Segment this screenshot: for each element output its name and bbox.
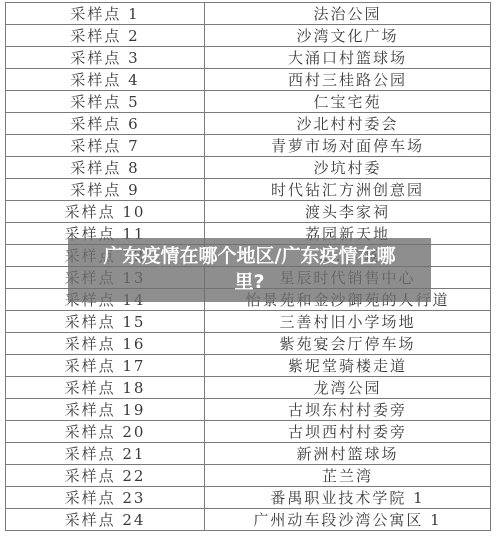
table-row: 采样点 2沙湾文化广场 xyxy=(6,25,491,47)
sample-id-cell: 采样点 6 xyxy=(6,113,205,135)
location-cell: 新洲村篮球场 xyxy=(205,443,491,465)
location-cell: 番禺职业技术学院 1 xyxy=(205,487,491,509)
location-cell: 沙坑村委 xyxy=(205,157,491,179)
overlay-title-line-2: 里? xyxy=(68,269,431,295)
location-cell: 大涌口村篮球场 xyxy=(205,47,491,69)
table-row: 采样点 3大涌口村篮球场 xyxy=(6,47,491,69)
table-row: 采样点 15三善村旧小学场地 xyxy=(6,311,491,333)
location-cell: 仁宝宅苑 xyxy=(205,91,491,113)
table-row: 采样点 5仁宝宅苑 xyxy=(6,91,491,113)
sample-id-cell: 采样点 19 xyxy=(6,399,205,421)
overlay-title-line-1: 广东疫情在哪个地区/广东疫情在哪 xyxy=(68,243,431,269)
table-row: 采样点 10渡头李家祠 xyxy=(6,201,491,223)
sample-id-cell: 采样点 17 xyxy=(6,355,205,377)
sample-id-cell: 采样点 16 xyxy=(6,333,205,355)
location-cell: 古坝西村村委旁 xyxy=(205,421,491,443)
table-row: 采样点 6沙北村村委会 xyxy=(6,113,491,135)
sample-id-cell: 采样点 24 xyxy=(6,509,205,531)
sample-id-cell: 采样点 23 xyxy=(6,487,205,509)
sample-id-cell: 采样点 3 xyxy=(6,47,205,69)
sample-id-cell: 采样点 7 xyxy=(6,135,205,157)
sample-id-cell: 采样点 22 xyxy=(6,465,205,487)
location-cell: 青萝市场对面停车场 xyxy=(205,135,491,157)
table-row: 采样点 22芷兰湾 xyxy=(6,465,491,487)
table-row: 采样点 17紫坭堂骑楼走道 xyxy=(6,355,491,377)
location-cell: 芷兰湾 xyxy=(205,465,491,487)
sample-id-cell: 采样点 9 xyxy=(6,179,205,201)
table-row: 采样点 21新洲村篮球场 xyxy=(6,443,491,465)
table-row: 采样点 24广州动车段沙湾公寓区 1 xyxy=(6,509,491,531)
sample-id-cell: 采样点 8 xyxy=(6,157,205,179)
location-cell: 时代钻汇方洲创意园 xyxy=(205,179,491,201)
table-row: 采样点 8沙坑村委 xyxy=(6,157,491,179)
table-row: 采样点 19古坝东村村委旁 xyxy=(6,399,491,421)
location-cell: 古坝东村村委旁 xyxy=(205,399,491,421)
sample-id-cell: 采样点 18 xyxy=(6,377,205,399)
sample-id-cell: 采样点 15 xyxy=(6,311,205,333)
location-cell: 沙湾文化广场 xyxy=(205,25,491,47)
sample-id-cell: 采样点 5 xyxy=(6,91,205,113)
table-row: 采样点 1法治公园 xyxy=(6,3,491,25)
sample-id-cell: 采样点 10 xyxy=(6,201,205,223)
table-row: 采样点 16紫苑宴会厅停车场 xyxy=(6,333,491,355)
location-cell: 西村三桂路公园 xyxy=(205,69,491,91)
sample-id-cell: 采样点 21 xyxy=(6,443,205,465)
location-cell: 紫坭堂骑楼走道 xyxy=(205,355,491,377)
table-row: 采样点 23番禺职业技术学院 1 xyxy=(6,487,491,509)
table-row: 采样点 18龙湾公园 xyxy=(6,377,491,399)
title-overlay-banner: 广东疫情在哪个地区/广东疫情在哪 里? xyxy=(68,238,431,302)
sample-id-cell: 采样点 1 xyxy=(6,3,205,25)
table-row: 采样点 4西村三桂路公园 xyxy=(6,69,491,91)
sample-id-cell: 采样点 20 xyxy=(6,421,205,443)
location-cell: 三善村旧小学场地 xyxy=(205,311,491,333)
location-cell: 广州动车段沙湾公寓区 1 xyxy=(205,509,491,531)
location-cell: 沙北村村委会 xyxy=(205,113,491,135)
table-row: 采样点 20古坝西村村委旁 xyxy=(6,421,491,443)
location-cell: 紫苑宴会厅停车场 xyxy=(205,333,491,355)
table-row: 采样点 7青萝市场对面停车场 xyxy=(6,135,491,157)
location-cell: 龙湾公园 xyxy=(205,377,491,399)
location-cell: 法治公园 xyxy=(205,3,491,25)
sample-id-cell: 采样点 4 xyxy=(6,69,205,91)
sample-id-cell: 采样点 2 xyxy=(6,25,205,47)
table-row: 采样点 9时代钻汇方洲创意园 xyxy=(6,179,491,201)
location-cell: 渡头李家祠 xyxy=(205,201,491,223)
